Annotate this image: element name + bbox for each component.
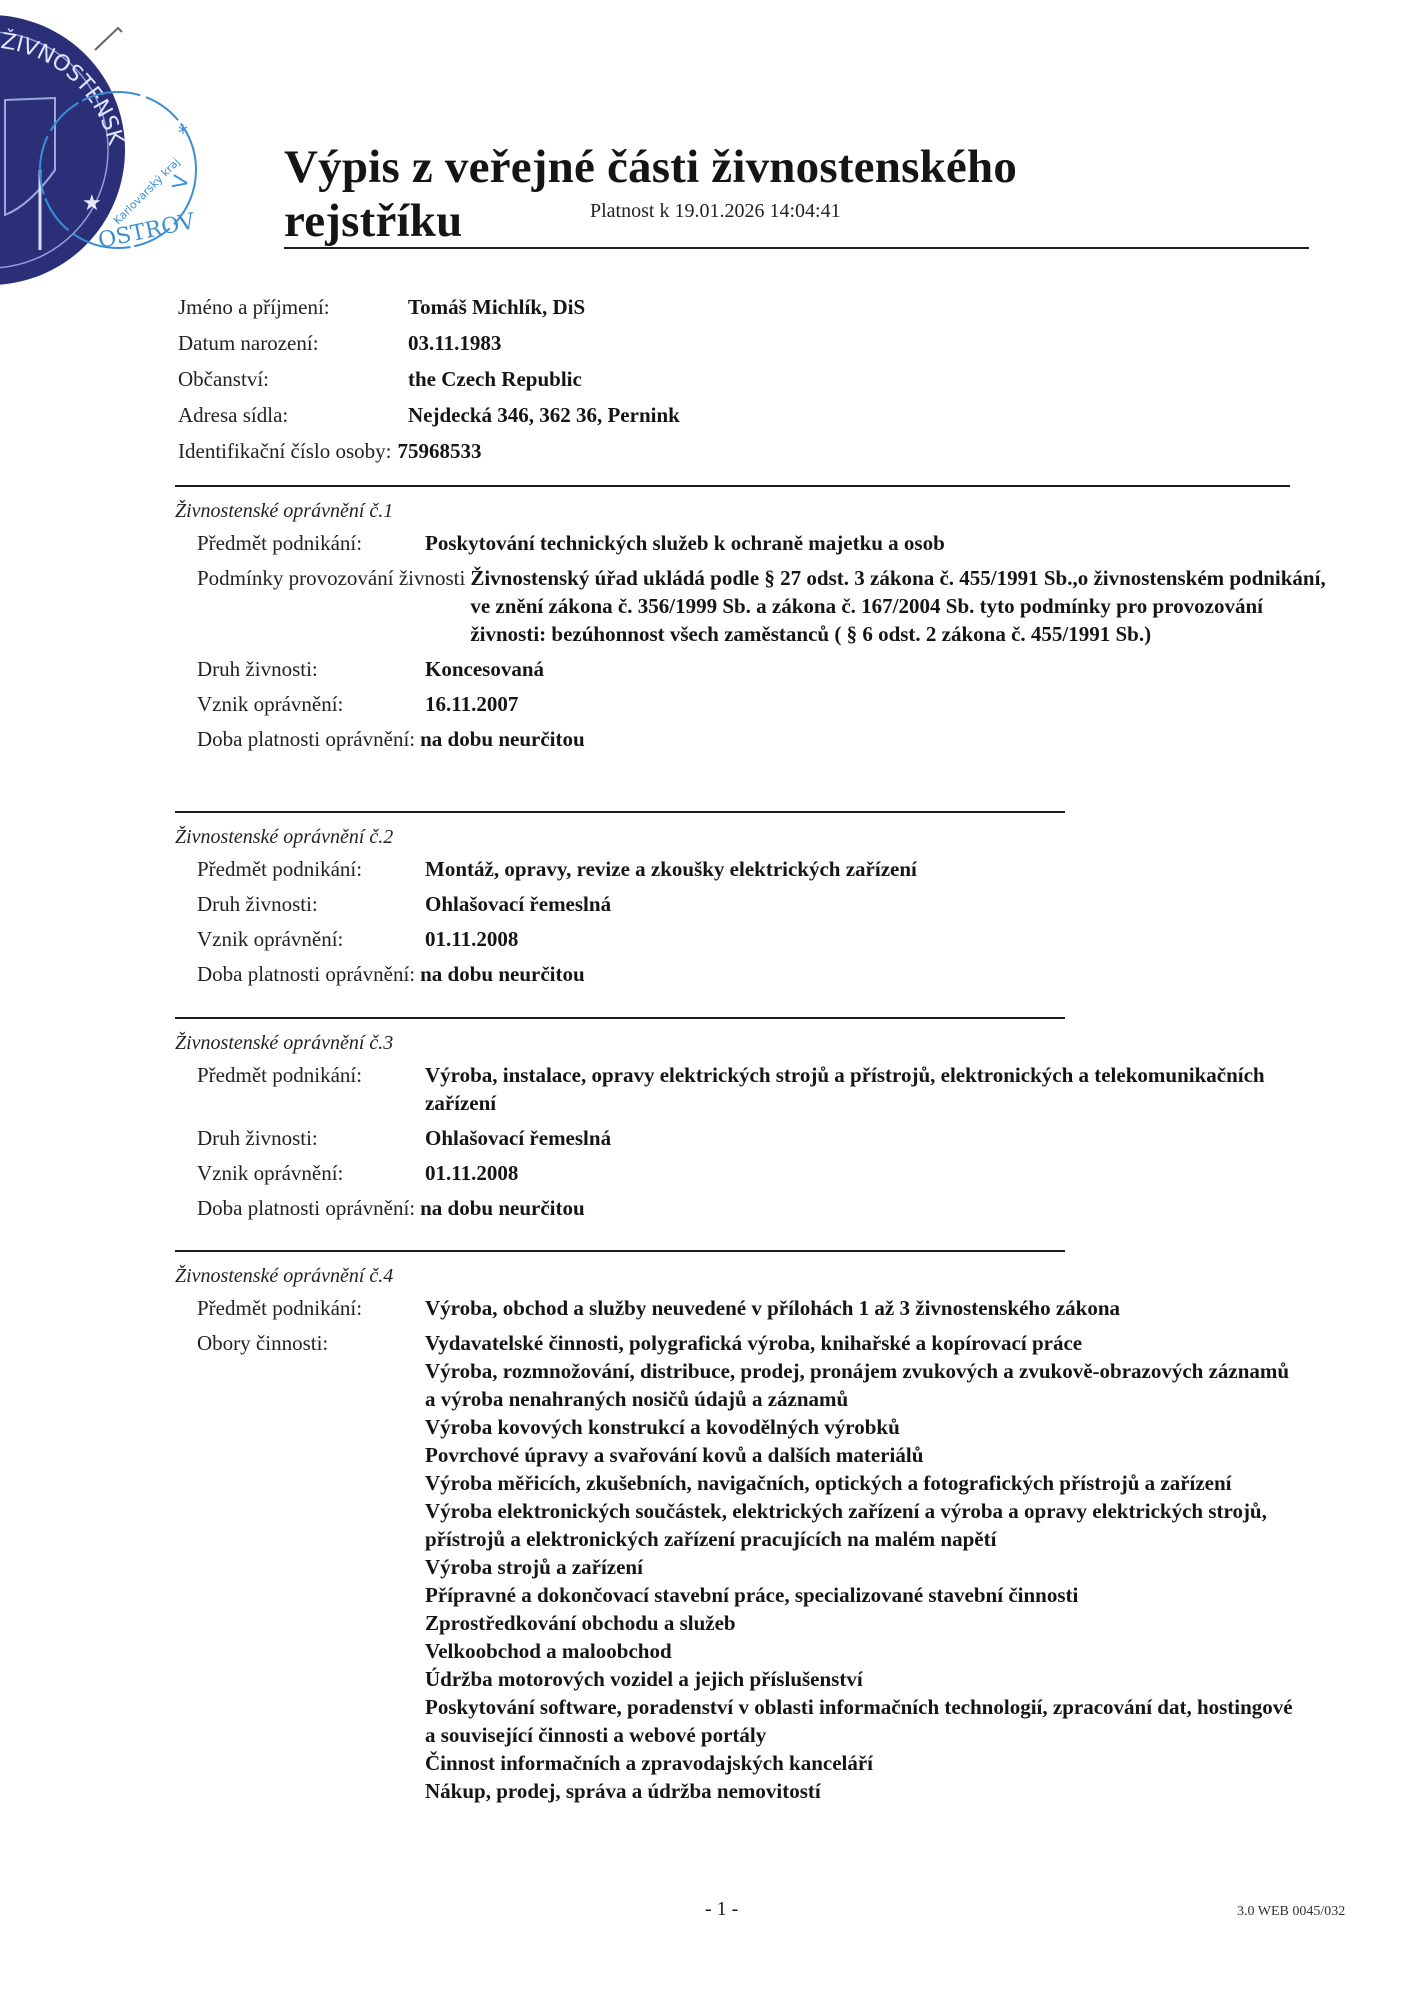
- fields-list: Vydavatelské činnosti, polygrafická výro…: [425, 1329, 1300, 1805]
- fields-label: Obory činnosti:: [197, 1329, 425, 1357]
- id-number-row: Identifikační číslo osoby: 75968533: [178, 439, 680, 475]
- validity-timestamp: Platnost k 19.01.2026 14:04:41: [590, 200, 841, 223]
- citizenship-row: Občanství: the Czech Republic: [178, 367, 680, 403]
- license-3-subject-row: Předmět podnikání: Výroba, instalace, op…: [197, 1061, 1300, 1124]
- license-4-title: Živnostenské oprávnění č.4: [175, 1265, 1300, 1288]
- license-1-validity-row: Doba platnosti oprávnění: na dobu neurči…: [197, 725, 1332, 760]
- license-2-title: Živnostenské oprávnění č.2: [175, 826, 917, 849]
- office-seal-stamp: ŽIVNOSTENSKÝ ÚŘAD ★ * V OSTROV Karlovars…: [0, 0, 240, 300]
- origin-label: Vznik oprávnění:: [197, 690, 425, 718]
- activity-field-item: Údržba motorových vozidel a jejich přísl…: [425, 1665, 1300, 1693]
- conditions-label: Podmínky provozování živnosti: [197, 564, 465, 592]
- activity-field-item: Zprostředkování obchodu a služeb: [425, 1609, 1300, 1637]
- license-4-subject-row: Předmět podnikání: Výroba, obchod a služ…: [197, 1294, 1300, 1329]
- activity-field-item: Povrchové úpravy a svařování kovů a dalš…: [425, 1441, 1300, 1469]
- origin-value: 01.11.2008: [425, 1159, 518, 1187]
- type-value: Ohlašovací řemeslná: [425, 1124, 611, 1152]
- license-1-type-row: Druh živnosti: Koncesovaná: [197, 655, 1332, 690]
- license-1-title: Živnostenské oprávnění č.1: [175, 500, 1332, 523]
- license-1-subject-row: Předmět podnikání: Poskytování technický…: [197, 529, 1332, 564]
- license-2-divider: [175, 1017, 1065, 1019]
- license-1-divider: [175, 811, 1065, 813]
- license-3-type-row: Druh živnosti: Ohlašovací řemeslná: [197, 1124, 1300, 1159]
- personal-info: Jméno a příjmení: Tomáš Michlík, DiS Dat…: [178, 295, 680, 475]
- birth-date-value: 03.11.1983: [408, 331, 501, 356]
- validity-value: na dobu neurčitou: [420, 725, 585, 753]
- activity-field-item: Výroba elektronických součástek, elektri…: [425, 1497, 1300, 1553]
- seal-icon: ŽIVNOSTENSKÝ ÚŘAD ★ * V OSTROV Karlovars…: [0, 0, 240, 300]
- origin-label: Vznik oprávnění:: [197, 925, 425, 953]
- activity-field-item: Vydavatelské činnosti, polygrafická výro…: [425, 1329, 1300, 1357]
- type-label: Druh živnosti:: [197, 655, 425, 683]
- svg-text:★: ★: [82, 191, 102, 216]
- conditions-value: Živnostenský úřad ukládá podle § 27 odst…: [470, 564, 1332, 648]
- address-row: Adresa sídla: Nejdecká 346, 362 36, Pern…: [178, 403, 680, 439]
- subject-value: Výroba, instalace, opravy elektrických s…: [425, 1061, 1300, 1117]
- activity-field-item: Přípravné a dokončovací stavební práce, …: [425, 1581, 1300, 1609]
- person-name-value: Tomáš Michlík, DiS: [408, 295, 585, 320]
- address-value: Nejdecká 346, 362 36, Pernink: [408, 403, 680, 428]
- type-value: Koncesovaná: [425, 655, 544, 683]
- activity-field-item: Velkoobchod a maloobchod: [425, 1637, 1300, 1665]
- person-name-label: Jméno a příjmení:: [178, 295, 408, 320]
- personal-divider: [175, 485, 1290, 487]
- license-4: Živnostenské oprávnění č.4 Předmět podni…: [175, 1265, 1300, 1812]
- form-code: 3.0 WEB 0045/032: [1237, 1904, 1345, 1920]
- license-3-divider: [175, 1250, 1065, 1252]
- type-value: Ohlašovací řemeslná: [425, 890, 611, 918]
- license-4-fields-row: Obory činnosti: Vydavatelské činnosti, p…: [197, 1329, 1300, 1812]
- subject-value: Poskytování technických služeb k ochraně…: [425, 529, 945, 557]
- citizenship-label: Občanství:: [178, 367, 408, 392]
- license-1-origin-row: Vznik oprávnění: 16.11.2007: [197, 690, 1332, 725]
- activity-field-item: Výroba měřicích, zkušebních, navigačních…: [425, 1469, 1300, 1497]
- validity-label: Doba platnosti oprávnění:: [197, 960, 415, 988]
- type-label: Druh živnosti:: [197, 1124, 425, 1152]
- header-divider: [284, 247, 1309, 249]
- validity-label: Doba platnosti oprávnění:: [197, 1194, 415, 1222]
- conditions-text: Živnostenský úřad ukládá podle § 27 odst…: [470, 566, 1325, 646]
- license-2-origin-row: Vznik oprávnění: 01.11.2008: [197, 925, 917, 960]
- license-3-validity-row: Doba platnosti oprávnění: na dobu neurči…: [197, 1194, 1300, 1229]
- birth-date-label: Datum narození:: [178, 331, 408, 356]
- license-3-title: Živnostenské oprávnění č.3: [175, 1032, 1300, 1055]
- license-2-type-row: Druh živnosti: Ohlašovací řemeslná: [197, 890, 917, 925]
- license-1: Živnostenské oprávnění č.1 Předmět podni…: [175, 500, 1332, 760]
- activity-field-item: Poskytování software, poradenství v obla…: [425, 1693, 1300, 1749]
- subject-value: Montáž, opravy, revize a zkoušky elektri…: [425, 855, 917, 883]
- subject-label: Předmět podnikání:: [197, 529, 425, 557]
- activity-field-item: Výroba strojů a zařízení: [425, 1553, 1300, 1581]
- person-name-row: Jméno a příjmení: Tomáš Michlík, DiS: [178, 295, 680, 331]
- validity-label: Doba platnosti oprávnění:: [197, 725, 415, 753]
- svg-text:*: *: [178, 121, 188, 145]
- origin-value: 16.11.2007: [425, 690, 518, 718]
- type-label: Druh živnosti:: [197, 890, 425, 918]
- activity-field-item: Nákup, prodej, správa a údržba nemovitos…: [425, 1777, 1300, 1805]
- document-title: Výpis z veřejné části živnostenského rej…: [284, 140, 1184, 248]
- license-3: Živnostenské oprávnění č.3 Předmět podni…: [175, 1032, 1300, 1229]
- birth-date-row: Datum narození: 03.11.1983: [178, 331, 680, 367]
- license-1-conditions-row: Podmínky provozování živnosti Živnostens…: [197, 564, 1332, 655]
- validity-value: na dobu neurčitou: [420, 1194, 585, 1222]
- license-2-validity-row: Doba platnosti oprávnění: na dobu neurči…: [197, 960, 917, 995]
- activity-field-item: Výroba, rozmnožování, distribuce, prodej…: [425, 1357, 1300, 1413]
- citizenship-value: the Czech Republic: [408, 367, 582, 392]
- license-2-subject-row: Předmět podnikání: Montáž, opravy, reviz…: [197, 855, 917, 890]
- subject-value: Výroba, obchod a služby neuvedené v příl…: [425, 1294, 1120, 1322]
- address-label: Adresa sídla:: [178, 403, 408, 428]
- license-2: Živnostenské oprávnění č.2 Předmět podni…: [175, 826, 917, 995]
- origin-label: Vznik oprávnění:: [197, 1159, 425, 1187]
- validity-value: na dobu neurčitou: [420, 960, 585, 988]
- activity-field-item: Výroba kovových konstrukcí a kovodělných…: [425, 1413, 1300, 1441]
- license-3-origin-row: Vznik oprávnění: 01.11.2008: [197, 1159, 1300, 1194]
- subject-label: Předmět podnikání:: [197, 1294, 425, 1322]
- subject-label: Předmět podnikání:: [197, 855, 425, 883]
- page-number: - 1 -: [705, 1898, 738, 1921]
- activity-field-item: Činnost informačních a zpravodajských ka…: [425, 1749, 1300, 1777]
- origin-value: 01.11.2008: [425, 925, 518, 953]
- svg-text:OSTROV: OSTROV: [96, 209, 198, 254]
- subject-label: Předmět podnikání:: [197, 1061, 425, 1089]
- id-number-value: 75968533: [397, 439, 481, 464]
- id-number-label: Identifikační číslo osoby:: [178, 439, 391, 464]
